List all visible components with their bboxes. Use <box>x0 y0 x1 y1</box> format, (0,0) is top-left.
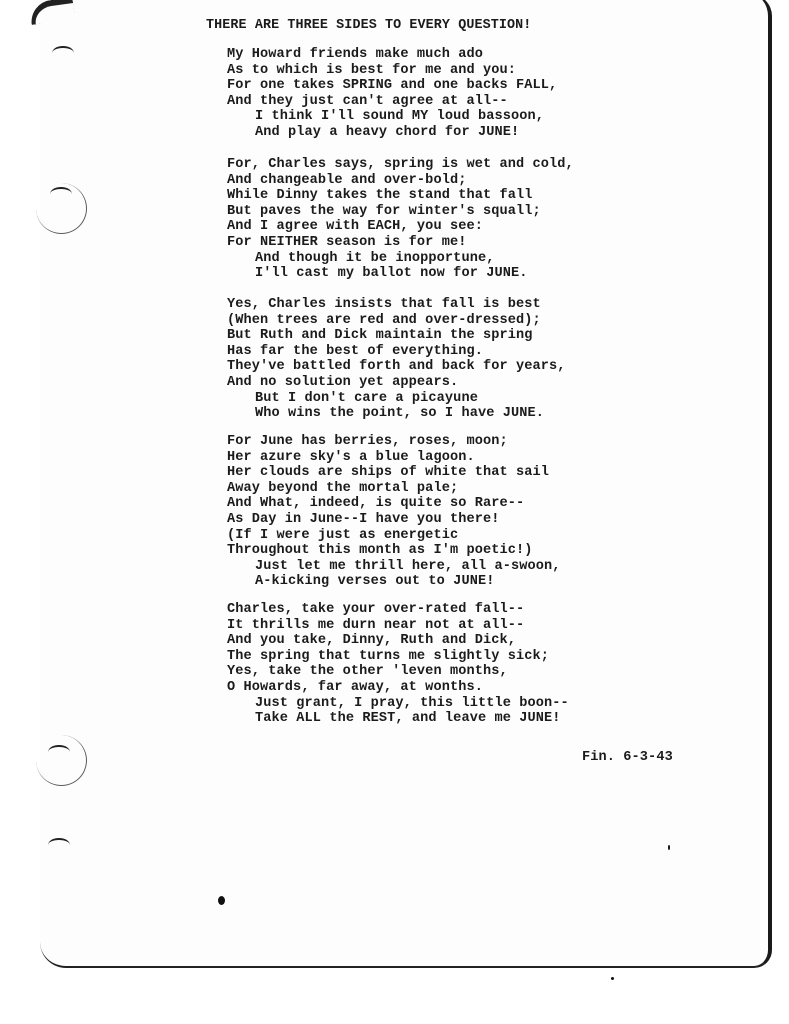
poem-line: Her azure sky's a blue lagoon. <box>227 450 561 466</box>
hole-punch-ring <box>36 183 87 234</box>
poem-line: And I agree with EACH, you see: <box>227 219 574 235</box>
poem-line: And though it be inopportune, <box>227 251 574 267</box>
poem-line: O Howards, far away, at wonths. <box>227 680 569 696</box>
stanza-1: My Howard friends make much adoAs to whi… <box>227 47 557 141</box>
stanza-4: For June has berries, roses, moon;Her az… <box>227 434 561 590</box>
poem-line: For NEITHER season is for me! <box>227 235 574 251</box>
document-title: THERE ARE THREE SIDES TO EVERY QUESTION! <box>206 18 531 33</box>
stanza-5: Charles, take your over-rated fall--It t… <box>227 602 569 727</box>
signature-date: Fin. 6-3-43 <box>582 750 673 765</box>
poem-line: I'll cast my ballot now for JUNE. <box>227 266 574 282</box>
poem-line: Yes, take the other 'leven months, <box>227 664 569 680</box>
hole-punch-mark <box>48 838 70 852</box>
poem-line: Has far the best of everything. <box>227 344 566 360</box>
hole-punch-mark <box>52 46 74 60</box>
poem-line: My Howard friends make much ado <box>227 47 557 63</box>
poem-line: While Dinny takes the stand that fall <box>227 188 574 204</box>
poem-line: For June has berries, roses, moon; <box>227 434 561 450</box>
poem-line: The spring that turns me slightly sick; <box>227 649 569 665</box>
poem-line: Take ALL the REST, and leave me JUNE! <box>227 711 569 727</box>
ink-speck <box>668 845 670 850</box>
poem-line: Who wins the point, so I have JUNE. <box>227 406 566 422</box>
ink-speck <box>611 977 614 980</box>
poem-line: For one takes SPRING and one backs FALL, <box>227 78 557 94</box>
poem-line: And changeable and over-bold; <box>227 173 574 189</box>
poem-line: A-kicking verses out to JUNE! <box>227 574 561 590</box>
poem-line: And play a heavy chord for JUNE! <box>227 125 557 141</box>
poem-line: But paves the way for winter's squall; <box>227 204 574 220</box>
poem-line: I think I'll sound MY loud bassoon, <box>227 109 557 125</box>
poem-line: (When trees are red and over-dressed); <box>227 313 566 329</box>
poem-line: Charles, take your over-rated fall-- <box>227 602 569 618</box>
poem-line: Her clouds are ships of white that sail <box>227 465 561 481</box>
poem-line: Just let me thrill here, all a-swoon, <box>227 559 561 575</box>
poem-line: But Ruth and Dick maintain the spring <box>227 328 566 344</box>
poem-line: Away beyond the mortal pale; <box>227 481 561 497</box>
poem-line: Yes, Charles insists that fall is best <box>227 297 566 313</box>
stanza-3: Yes, Charles insists that fall is best(W… <box>227 297 566 422</box>
poem-line: Throughout this month as I'm poetic!) <box>227 543 561 559</box>
stanza-2: For, Charles says, spring is wet and col… <box>227 157 574 282</box>
poem-line: (If I were just as energetic <box>227 528 561 544</box>
poem-line: It thrills me durn near not at all-- <box>227 618 569 634</box>
poem-line: As Day in June--I have you there! <box>227 512 561 528</box>
poem-line: But I don't care a picayune <box>227 391 566 407</box>
ink-blot <box>218 896 225 905</box>
poem-line: And What, indeed, is quite so Rare-- <box>227 496 561 512</box>
poem-line: As to which is best for me and you: <box>227 63 557 79</box>
hole-punch-ring <box>36 735 87 786</box>
poem-line: Just grant, I pray, this little boon-- <box>227 696 569 712</box>
poem-line: And they just can't agree at all-- <box>227 94 557 110</box>
poem-line: And no solution yet appears. <box>227 375 566 391</box>
poem-line: They've battled forth and back for years… <box>227 359 566 375</box>
poem-line: For, Charles says, spring is wet and col… <box>227 157 574 173</box>
poem-line: And you take, Dinny, Ruth and Dick, <box>227 633 569 649</box>
